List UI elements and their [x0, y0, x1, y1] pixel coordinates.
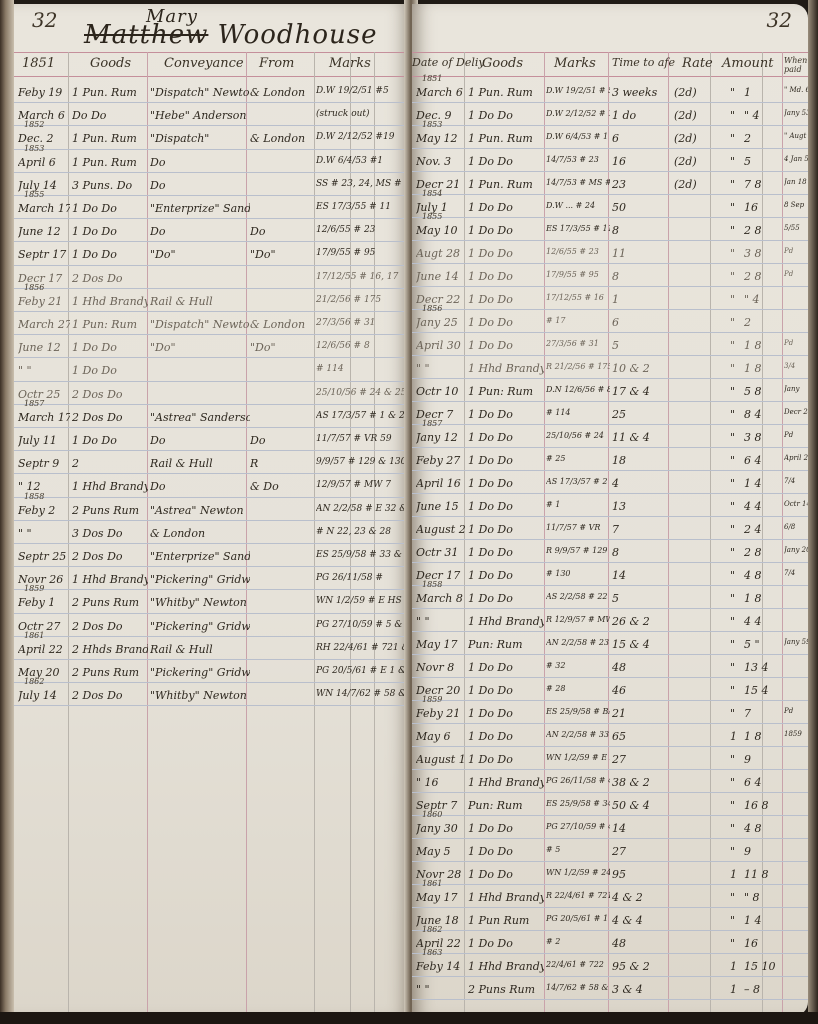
cell-date: April 30 [416, 339, 466, 352]
cell-marks: D.W 6/4/53 # 1 [546, 132, 610, 141]
row-year: 1857 [422, 419, 442, 428]
cell-amount_b: 11 8 [744, 868, 782, 881]
ledger-row: " "1 Do Do# 114 [14, 358, 410, 382]
col-header-conveyance: Conveyance [164, 56, 244, 71]
ledger-row: 1852Dec. 21 Pun. Rum"Dispatch"& LondonD.… [14, 126, 410, 150]
cell-amount_b: 5 [744, 155, 782, 168]
ledger-row: Octr 311 Do DoR 9/9/57 # 1298"2 8Jany 20… [412, 540, 808, 564]
cell-date: Feby 21 [416, 707, 466, 720]
cell-from: & Do [250, 480, 314, 493]
cell-conveyance: "Hebe" Anderson [150, 109, 250, 122]
cell-amount_a: " [730, 86, 744, 99]
cell-time: 18 [612, 454, 668, 467]
cell-time: 8 [612, 546, 668, 559]
cell-paid: Jany [784, 385, 808, 393]
cell-marks: 22/4/61 # 722 [546, 960, 610, 969]
cell-goods: 1 Pun: Rum [468, 385, 544, 398]
account-name-correction: Mary [146, 6, 198, 27]
cell-amount_b: " 4 [744, 109, 782, 122]
row-year: 1858 [422, 580, 442, 589]
cell-marks: PG 20/5/61 # 1 [546, 914, 610, 923]
cell-marks: AN 2/2/58 # E 32 & 33 [316, 504, 410, 514]
cell-amount_a: " [730, 661, 744, 674]
cell-marks: WN 14/7/62 # 58 & 59 [316, 689, 410, 699]
left-page: 32 Mary Matthew Woodhouse 1851 Goods Con… [14, 4, 410, 1016]
cell-date: Octr 10 [416, 385, 466, 398]
row-rule [14, 705, 410, 706]
cell-from: & London [250, 86, 314, 99]
cell-paid: 5/55 [784, 224, 808, 232]
cell-time: 21 [612, 707, 668, 720]
cell-goods: 2 Dos Do [72, 689, 148, 702]
row-year: 1853 [422, 120, 442, 129]
cell-marks: AN 2/2/58 # 23 [546, 638, 610, 647]
cell-date: " " [416, 983, 466, 996]
cell-time: 4 & 2 [612, 891, 668, 904]
cell-goods: 1 Hhd Brandy [468, 362, 544, 375]
cell-time: 1 do [612, 109, 668, 122]
ledger-row: Septr 252 Dos Do"Enterprize" SandersonES… [14, 544, 410, 568]
cell-goods: 1 Hhd Brandy [468, 960, 544, 973]
cell-amount_b: 4 8 [744, 822, 782, 835]
cell-marks: PG 27/10/59 # 40 [546, 822, 610, 831]
cell-amount_a: " [730, 316, 744, 329]
cell-date: June 12 [18, 341, 70, 354]
cell-marks: # 32 [546, 661, 610, 670]
cell-amount_b: – 8 [744, 983, 782, 996]
cell-conveyance: Rail & Hull [150, 643, 250, 656]
cell-date: May 12 [416, 132, 466, 145]
cell-time: 15 & 4 [612, 638, 668, 651]
ledger-row: Decr 71 Do Do# 11425"8 4Decr 24 [412, 402, 808, 426]
ledger-row: April 161 Do DoAS 17/3/57 # 24"1 47/4 [412, 471, 808, 495]
cell-marks: PG 20/5/61 # E 1 & 2 [316, 666, 410, 676]
cell-date: " " [18, 527, 70, 540]
cell-goods: 1 Do Do [468, 937, 544, 950]
cell-time: 48 [612, 661, 668, 674]
cell-goods: 2 Hhds Brandy [72, 643, 148, 656]
cell-goods: 1 Do Do [468, 592, 544, 605]
cell-date: Jany 12 [416, 431, 466, 444]
cell-amount_a: " [730, 178, 744, 191]
cell-time: 25 [612, 408, 668, 421]
cell-time: 5 [612, 339, 668, 352]
cell-paid: Pd [784, 431, 808, 439]
cell-paid: Jany 59 [784, 638, 808, 646]
ledger-row: July 111 Do DoDoDo11/7/57 # VR 59 [14, 428, 410, 452]
cell-conveyance: "Enterprize" Sanderson [150, 202, 250, 215]
row-year: 1856 [24, 283, 44, 292]
ledger-row: Augt 281 Do Do12/6/55 # 2311"3 8Pd [412, 241, 808, 265]
cell-time: 8 [612, 224, 668, 237]
cell-goods: Do Do [72, 109, 148, 122]
cell-date: Septr 25 [18, 550, 70, 563]
cell-amount_b: 5 " [744, 638, 782, 651]
cell-amount_a: " [730, 293, 744, 306]
cell-conveyance: Do [150, 156, 250, 169]
cell-conveyance: "Pickering" Gridwood [150, 620, 250, 633]
cell-goods: 1 Do Do [72, 341, 148, 354]
cell-paid: 1859 [784, 730, 808, 738]
cell-time: 95 & 2 [612, 960, 668, 973]
cell-goods: 1 Pun. Rum [468, 178, 544, 191]
ledger-row: August 281 Do Do11/7/57 # VR7"2 46/8 [412, 517, 808, 541]
cell-goods: 1 Do Do [468, 523, 544, 536]
cell-amount_b: 2 [744, 316, 782, 329]
row-year: 1862 [24, 677, 44, 686]
ledger-row: Octr 252 Dos Do25/10/56 # 24 & 25 [14, 382, 410, 406]
cell-paid: Jany 20/58 [784, 546, 808, 554]
cell-amount_a: " [730, 891, 744, 904]
cell-goods: 1 Pun Rum [468, 914, 544, 927]
cell-goods: 1 Hhd Brandy [72, 295, 148, 308]
cell-paid: 8 Sep [784, 201, 808, 209]
cell-amount_a: " [730, 477, 744, 490]
cell-date: June 12 [18, 225, 70, 238]
cell-time: 4 [612, 477, 668, 490]
cell-goods: 2 Dos Do [72, 411, 148, 424]
row-year: 1859 [24, 584, 44, 593]
cell-marks: ES 25/9/58 # 33 & 34 [316, 550, 410, 560]
cell-goods: Pun: Rum [468, 799, 544, 812]
cell-marks: R 12/9/57 # MW 7 [546, 615, 610, 624]
cell-marks: 14/7/62 # 58 & 59 [546, 983, 610, 992]
cell-time: 16 [612, 155, 668, 168]
cell-goods: 2 Puns Rum [72, 504, 148, 517]
cell-time: 4 & 4 [612, 914, 668, 927]
cell-conveyance: Rail & Hull [150, 457, 250, 470]
ledger-row: 1859Feby 12 Puns Rum"Whitby" NewtonWN 1/… [14, 590, 410, 614]
cell-amount_a: " [730, 937, 744, 950]
cell-amount_b: 3 8 [744, 431, 782, 444]
col-header-when-paid: When paid [784, 56, 808, 74]
cell-conveyance: Do [150, 480, 250, 493]
cell-conveyance: Do [150, 434, 250, 447]
cell-amount_b: 4 4 [744, 500, 782, 513]
cell-time: 3 weeks [612, 86, 668, 99]
cell-conveyance: "Do" [150, 248, 250, 261]
col-header-from: From [259, 56, 294, 71]
cell-amount_a: " [730, 224, 744, 237]
cell-marks: D.W 6/4/53 #1 [316, 156, 410, 166]
cell-time: 23 [612, 178, 668, 191]
cell-goods: 1 Do Do [468, 822, 544, 835]
cell-goods: 1 Do Do [468, 431, 544, 444]
cell-goods: 1 Pun. Rum [72, 86, 148, 99]
ledger-row: Decr 221 Do Do17/12/55 # 161"" 4 [412, 287, 808, 311]
cell-amount_a: " [730, 776, 744, 789]
ledger-row: Septr 7Pun: RumES 25/9/58 # 3450 & 4"16 … [412, 793, 808, 817]
cell-time: 48 [612, 937, 668, 950]
cell-rate: (2d) [674, 109, 710, 122]
cell-date: Nov. 3 [416, 155, 466, 168]
cell-date: Novr 8 [416, 661, 466, 674]
cell-date: Feby 14 [416, 960, 466, 973]
ledger-row: June 181 Pun RumPG 20/5/61 # 14 & 4"1 4 [412, 908, 808, 932]
cell-conveyance: & London [150, 527, 250, 540]
cell-conveyance: Do [150, 179, 250, 192]
cell-goods: 1 Do Do [468, 408, 544, 421]
cell-time: 1 [612, 293, 668, 306]
ledger-row: 1857Jany 121 Do Do25/10/56 # 2411 & 4"3 … [412, 425, 808, 449]
cell-amount_b: 1 8 [744, 362, 782, 375]
cell-marks: # N 22, 23 & 28 [316, 527, 410, 537]
cell-marks: # 114 [546, 408, 610, 417]
cell-date: " " [18, 364, 70, 377]
cell-marks: PG 26/11/58 # 4 [546, 776, 610, 785]
cell-amount_a: " [730, 684, 744, 697]
cell-date: Feby 1 [18, 596, 70, 609]
cell-marks: 12/6/55 # 23 [316, 225, 410, 235]
cell-goods: 1 Hhd Brandy [72, 573, 148, 586]
cell-amount_b: 1 4 [744, 914, 782, 927]
cell-marks: WN 1/2/59 # 24 [546, 868, 610, 877]
ledger-row: May 51 Do Do# 527"9 [412, 839, 808, 863]
cell-time: 50 [612, 201, 668, 214]
ledger-row: Nov. 31 Do Do14/7/53 # 2316(2d)"54 Jan 5… [412, 149, 808, 173]
cell-goods: 3 Dos Do [72, 527, 148, 540]
row-rule [412, 999, 808, 1000]
ledger-row: Dec. 91 Do DoD.W 2/12/52 # 191 do(2d)"" … [412, 103, 808, 127]
cell-conveyance: "Whitby" Newton [150, 596, 250, 609]
cell-time: 6 [612, 132, 668, 145]
cell-marks: 12/6/55 # 23 [546, 247, 610, 256]
cell-marks: D.N 12/6/56 # 8 [546, 385, 610, 394]
cell-marks: 9/9/57 # 129 & 130 [316, 457, 410, 467]
cell-amount_a: " [730, 822, 744, 835]
cell-marks: 14/7/53 # MS # 10 [546, 178, 610, 187]
cell-date: August 28 [416, 523, 466, 536]
cell-marks: 11/7/57 # VR 59 [316, 434, 410, 444]
cell-paid: 6/8 [784, 523, 808, 531]
ledger-row: Septr 92Rail & HullR9/9/57 # 129 & 130 [14, 451, 410, 475]
cell-marks: 17/12/55 # 16, 17 [316, 272, 410, 282]
ledger-row: Feby 191 Pun. Rum"Dispatch" Newton& Lond… [14, 80, 410, 104]
cell-goods: 2 Dos Do [72, 272, 148, 285]
ledger-row: 1855May 101 Do DoES 17/3/55 # 118"2 85/5… [412, 218, 808, 242]
cell-amount_a: " [730, 431, 744, 444]
header-rule-top [412, 52, 808, 53]
cell-conveyance: "Dispatch" [150, 132, 250, 145]
cell-date: June 15 [416, 500, 466, 513]
cell-date: Septr 17 [18, 248, 70, 261]
cell-date: May 17 [416, 891, 466, 904]
ledger-row: Octr 272 Dos Do"Pickering" GridwoodPG 27… [14, 614, 410, 638]
ledger-row: May 202 Puns Rum"Pickering" GridwoodPG 2… [14, 660, 410, 684]
cell-conveyance: "Enterprize" Sanderson [150, 550, 250, 563]
cell-paid: 7/4 [784, 477, 808, 485]
cell-goods: 1 Do Do [468, 569, 544, 582]
cell-time: 26 & 2 [612, 615, 668, 628]
cell-amount_a: " [730, 247, 744, 260]
cell-date: May 10 [416, 224, 466, 237]
cell-goods: 3 Puns. Do [72, 179, 148, 192]
cell-conveyance: "Do" [150, 341, 250, 354]
cell-goods: 1 Do Do [468, 109, 544, 122]
ledger-row: March 6Do Do"Hebe" Anderson(struck out) [14, 103, 410, 127]
cell-marks: # 28 [546, 684, 610, 693]
cell-date: Jany 30 [416, 822, 466, 835]
cell-date: May 6 [416, 730, 466, 743]
cell-conveyance: "Dispatch" Newton [150, 86, 250, 99]
ledger-row: 1862July 142 Dos Do"Whitby" NewtonWN 14/… [14, 683, 410, 707]
cell-goods: 1 Do Do [72, 202, 148, 215]
cell-marks: ES 17/3/55 # 11 [316, 202, 410, 212]
cell-amount_a: " [730, 546, 744, 559]
cell-goods: 1 Do Do [468, 845, 544, 858]
cell-paid: Pd [784, 247, 808, 255]
cell-time: 13 [612, 500, 668, 513]
row-year: 1860 [422, 810, 442, 819]
cell-time: 27 [612, 753, 668, 766]
ledger-row: July 143 Puns. DoDoSS # 23, 24, MS # 10 [14, 173, 410, 197]
row-year: 1863 [422, 948, 442, 957]
cell-paid: 3/4 [784, 362, 808, 370]
ledger-row: " "3 Dos Do& London# N 22, 23 & 28 [14, 521, 410, 545]
cell-conveyance: "Astrea" Newton [150, 504, 250, 517]
row-year: 1861 [24, 631, 44, 640]
cell-from: Do [250, 434, 314, 447]
right-page: 32 Date of Deliy Goods Marks Time to afe… [412, 4, 808, 1016]
cell-amount_b: 5 8 [744, 385, 782, 398]
cell-amount_b: 16 8 [744, 799, 782, 812]
bottom-book-edge [0, 1012, 818, 1024]
cell-marks: 27/3/56 # 31 [546, 339, 610, 348]
cell-marks: 14/7/53 # 23 [546, 155, 610, 164]
col-header-goods: Goods [482, 56, 523, 71]
cell-time: 95 [612, 868, 668, 881]
cell-date: " " [416, 362, 466, 375]
cell-marks: WN 1/2/59 # E HS 19 [546, 753, 610, 762]
cell-conveyance: Rail & Hull [150, 295, 250, 308]
cell-marks: # 5 [546, 845, 610, 854]
row-year: 1853 [24, 144, 44, 153]
cell-goods: 1 Pun. Rum [468, 132, 544, 145]
cell-amount_a: " [730, 339, 744, 352]
cell-goods: 1 Do Do [468, 868, 544, 881]
cell-marks: # 1 [546, 500, 610, 509]
cell-amount_b: 15 10 [744, 960, 782, 973]
cell-goods: 1 Do Do [468, 316, 544, 329]
cell-amount_b: 3 8 [744, 247, 782, 260]
ledger-row: " "1 Hhd BrandyR 12/9/57 # MW 726 & 2"4 … [412, 609, 808, 633]
cell-amount_b: 2 8 [744, 546, 782, 559]
cell-conveyance: "Whitby" Newton [150, 689, 250, 702]
cell-paid: Jan 18 [784, 178, 808, 186]
cell-marks: RH 22/4/61 # 721 & 722 [316, 643, 410, 653]
cell-goods: 1 Do Do [468, 293, 544, 306]
cell-marks: R 9/9/57 # 129 [546, 546, 610, 555]
cell-goods: 1 Do Do [468, 201, 544, 214]
right-book-edge [808, 0, 818, 1024]
cell-amount_a: " [730, 638, 744, 651]
cell-paid: Octr 14/57 [784, 500, 808, 508]
cell-date: " " [416, 615, 466, 628]
row-year: 1857 [24, 399, 44, 408]
cell-marks: D.W 2/12/52 #19 [316, 132, 410, 142]
cell-date: Augt 28 [416, 247, 466, 260]
ledger-row: 1853April 61 Pun. RumDoD.W 6/4/53 #1 [14, 150, 410, 174]
ledger-row: May 61 Do DoAN 2/2/58 # 336511 81859 [412, 724, 808, 748]
cell-marks: # 2 [546, 937, 610, 946]
ledger-row: June 121 Do Do"Do""Do"12/6/56 # 8 [14, 335, 410, 359]
row-year: 1851 [422, 74, 442, 83]
ledger-row: April 301 Do Do27/3/56 # 315"1 8Pd [412, 333, 808, 357]
cell-goods: 1 Do Do [468, 730, 544, 743]
cell-amount_b: 7 8 [744, 178, 782, 191]
cell-goods: 1 Do Do [468, 477, 544, 490]
cell-amount_a: " [730, 270, 744, 283]
cell-goods: 1 Do Do [468, 247, 544, 260]
ledger-row: " 161 Hhd BrandyPG 26/11/58 # 438 & 2"6 … [412, 770, 808, 794]
ledger-row: Decr 211 Pun. Rum14/7/53 # MS # 1023(2d)… [412, 172, 808, 196]
ledger-row: " "2 Puns Rum14/7/62 # 58 & 593 & 41– 8 [412, 977, 808, 1001]
ledger-row: Octr 101 Pun: RumD.N 12/6/56 # 817 & 4"5… [412, 379, 808, 403]
cell-amount_b: " 4 [744, 293, 782, 306]
cell-marks: SS # 23, 24, MS # 10 [316, 179, 410, 189]
cell-amount_a: " [730, 155, 744, 168]
cell-amount_a: " [730, 592, 744, 605]
col-header-date: Date of Deliy [412, 56, 485, 69]
cell-amount_a: " [730, 845, 744, 858]
col-header-time: Time to afe [612, 56, 675, 69]
cell-time: 14 [612, 569, 668, 582]
cell-marks: 12/6/56 # 8 [316, 341, 410, 351]
left-page-number: 32 [32, 8, 57, 32]
ledger-row: 1861May 171 Hhd BrandyR 22/4/61 # 7214 &… [412, 885, 808, 909]
cell-amount_a: 1 [730, 868, 744, 881]
cell-amount_a: " [730, 799, 744, 812]
cell-paid: Pd [784, 707, 808, 715]
cell-goods: 1 Do Do [468, 339, 544, 352]
cell-amount_b: 16 [744, 201, 782, 214]
cell-amount_a: " [730, 454, 744, 467]
cell-goods: 1 Do Do [468, 224, 544, 237]
cell-date: Septr 9 [18, 457, 70, 470]
ledger-row: Novr 281 Do DoWN 1/2/59 # 2495111 8 [412, 862, 808, 886]
header-rule-bottom [412, 76, 808, 77]
cell-marks: R 21/2/56 # 175 [546, 362, 610, 371]
cell-date: April 16 [416, 477, 466, 490]
cell-marks: # 25 [546, 454, 610, 463]
cell-amount_b: 7 [744, 707, 782, 720]
col-header-amount: Amount [722, 56, 774, 71]
row-year: 1858 [24, 492, 44, 501]
ledger-book: 32 Mary Matthew Woodhouse 1851 Goods Con… [0, 0, 818, 1024]
cell-paid: 7/4 [784, 569, 808, 577]
ledger-row: Feby 271 Do Do# 2518"6 4April 28/57 [412, 448, 808, 472]
cell-goods: 1 Do Do [468, 707, 544, 720]
cell-date: March 27 [18, 318, 70, 331]
cell-amount_b: 1 8 [744, 730, 782, 743]
cell-goods: 1 Pun. Rum [468, 86, 544, 99]
cell-time: 5 [612, 592, 668, 605]
cell-marks: AS 17/3/57 # 1 & 2 [316, 411, 410, 421]
cell-amount_b: 1 4 [744, 477, 782, 490]
cell-goods: 2 [72, 457, 148, 470]
cell-paid: Jany 53 [784, 109, 808, 117]
cell-amount_a: " [730, 408, 744, 421]
cell-amount_b: 2 [744, 132, 782, 145]
cell-goods: 2 Puns Rum [72, 596, 148, 609]
cell-rate: (2d) [674, 132, 710, 145]
cell-time: 10 & 2 [612, 362, 668, 375]
cell-goods: 1 Do Do [468, 454, 544, 467]
cell-time: 65 [612, 730, 668, 743]
cell-date: Feby 27 [416, 454, 466, 467]
cell-marks: # 130 [546, 569, 610, 578]
cell-amount_b: 16 [744, 937, 782, 950]
